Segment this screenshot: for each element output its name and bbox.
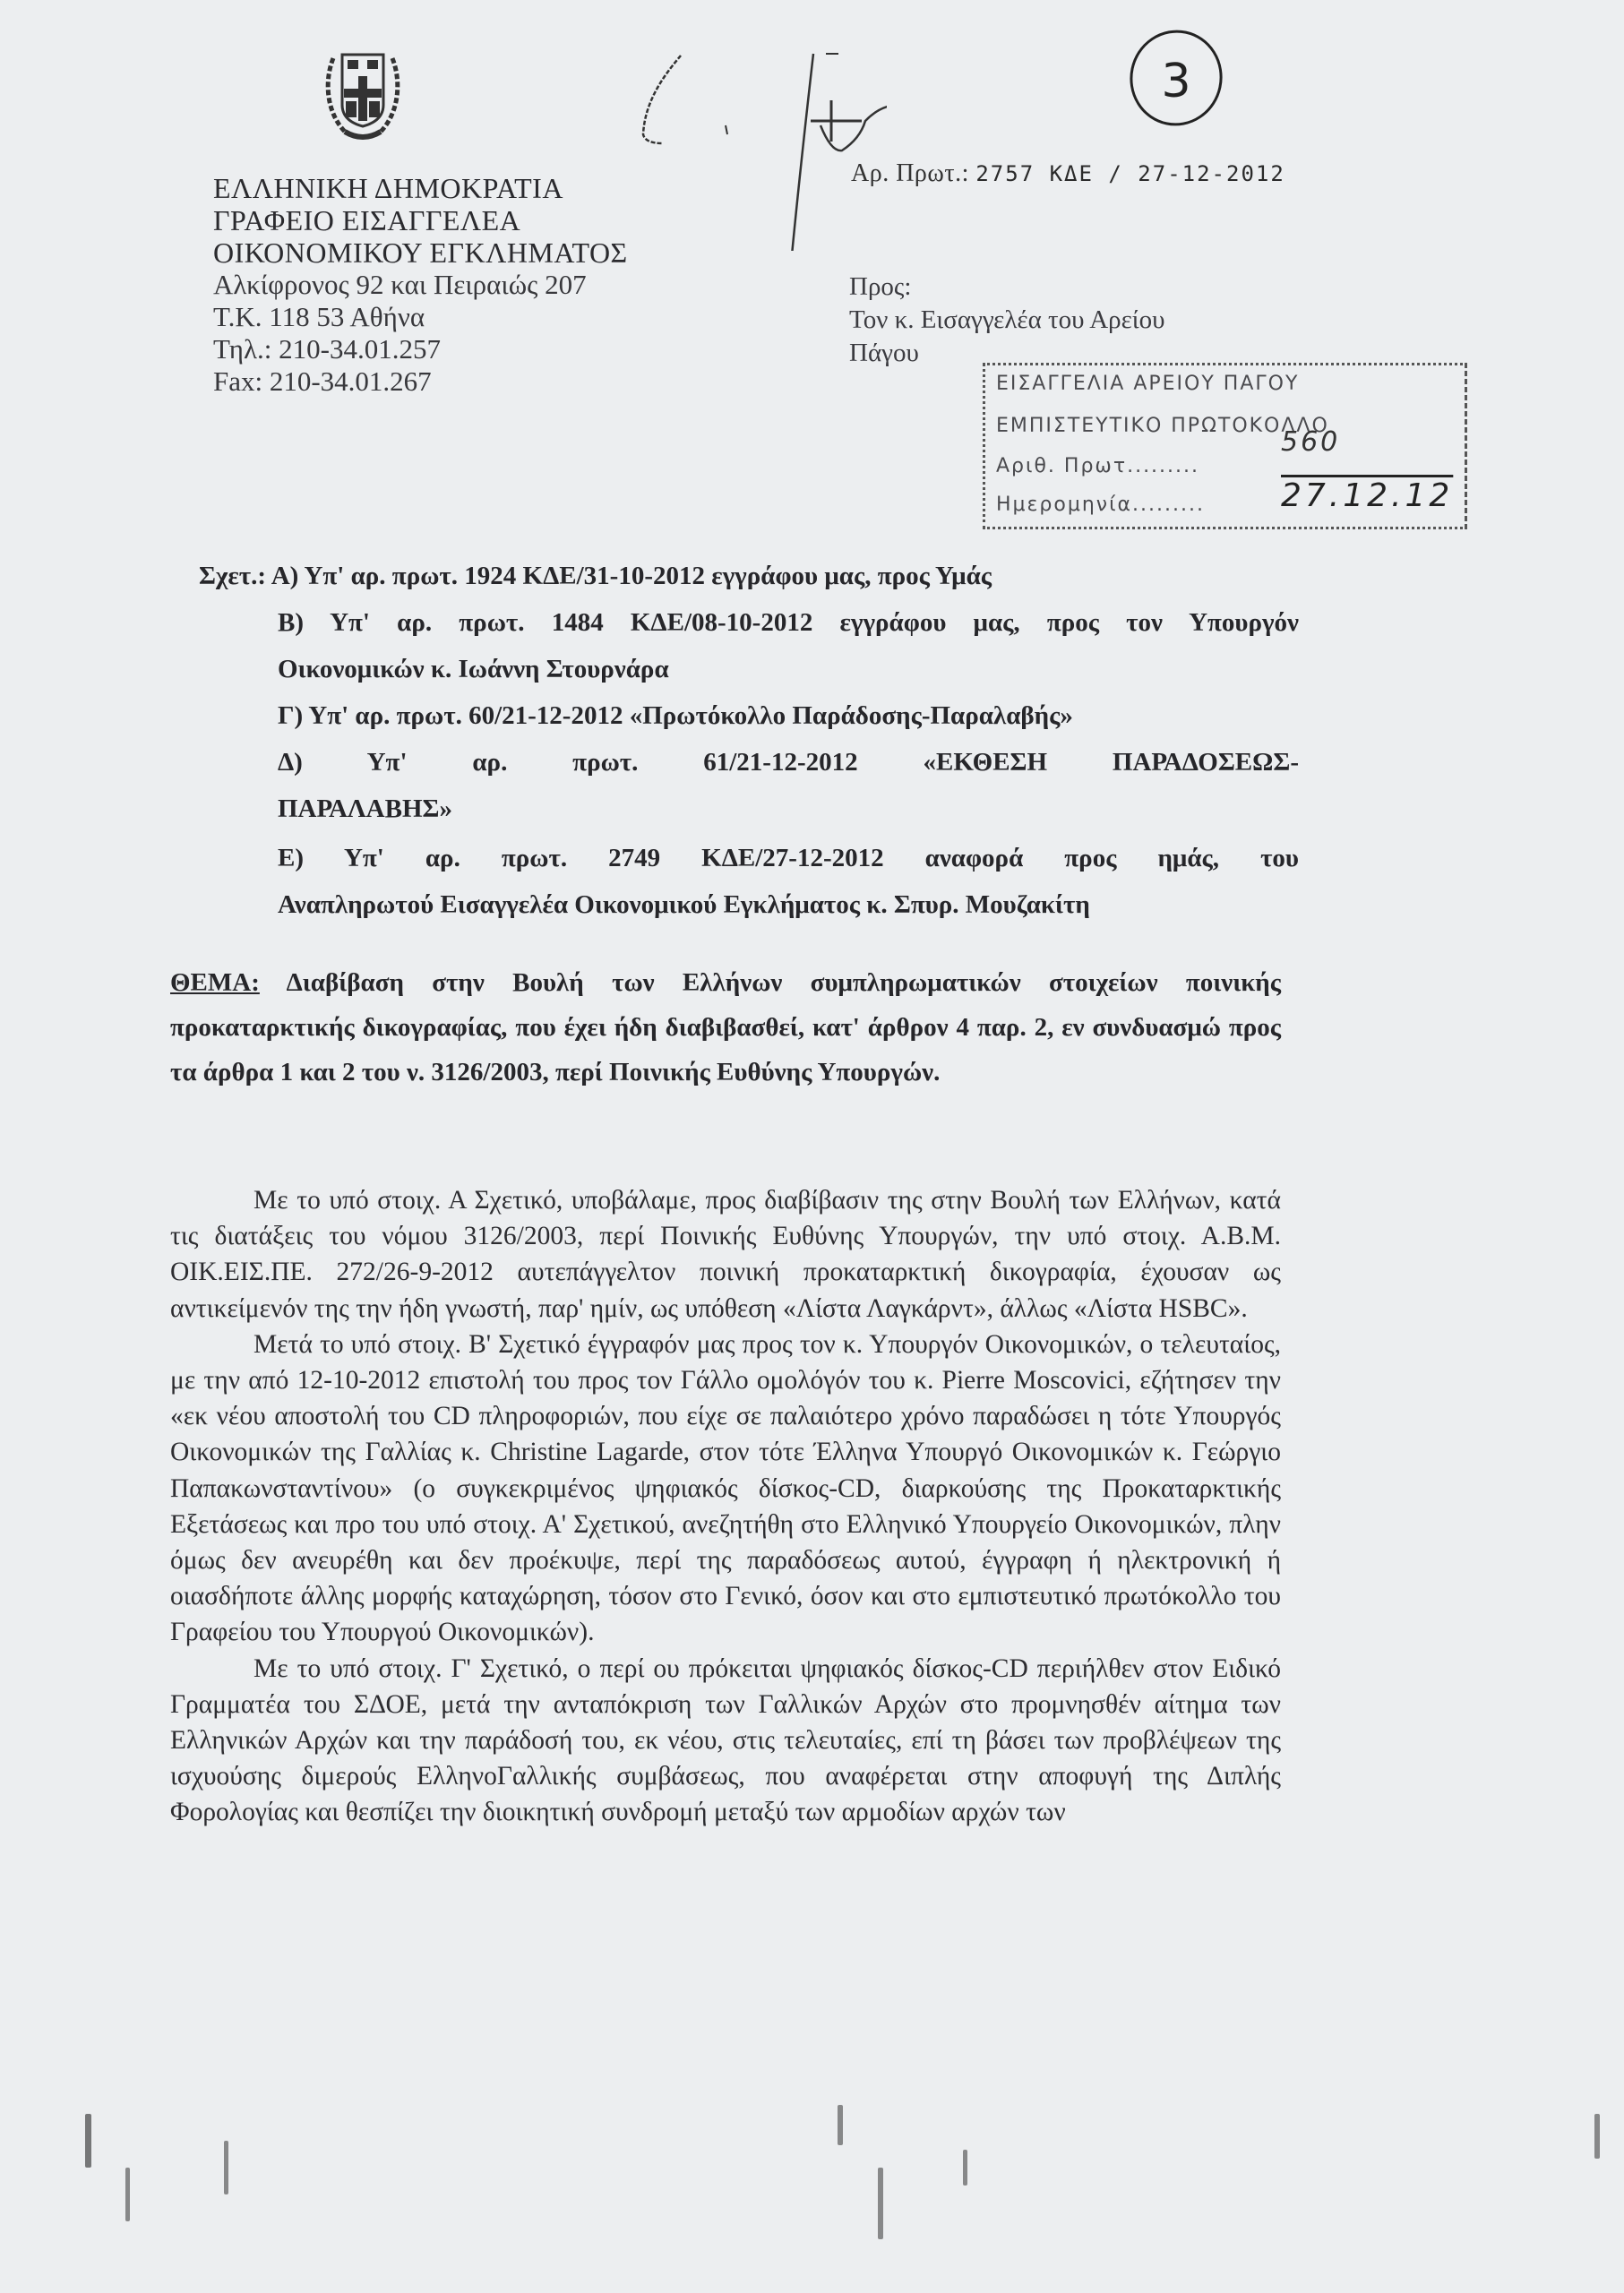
reference-item: Ε) Υπ' αρ. πρωτ. 2749 ΚΔΕ/27-12-2012 ανα… (278, 844, 1299, 873)
body-paragraph: Με το υπό στοιχ. Α Σχετικό, υποβάλαμε, π… (170, 1182, 1281, 1327)
stamp-row-2: ΕΜΠΙΣΤΕΥΤΙΚΟ ΠΡΩΤΟΚΟΛΛΟ (996, 415, 1329, 437)
protocol-label: Αρ. Πρωτ.: (851, 159, 969, 187)
letterhead-postal: Τ.Κ. 118 53 Αθήνα (213, 301, 628, 333)
handwritten-signature-icon (618, 36, 887, 251)
letterhead-fax: Fax: 210-34.01.267 (213, 365, 628, 398)
subject-text: Διαβίβαση στην Βουλή των Ελλήνων συμπληρ… (170, 968, 1281, 1086)
letterhead: ΕΛΛΗΝΙΚΗ ΔΗΜΟΚΡΑΤΙΑ ΓΡΑΦΕΙΟ ΕΙΣΑΓΓΕΛΕΑ Ο… (213, 172, 628, 398)
reference-item: Γ) Υπ' αρ. πρωτ. 60/21-12-2012 «Πρωτόκολ… (278, 701, 1073, 731)
reference-item: Β) Υπ' αρ. πρωτ. 1484 ΚΔΕ/08-10-2012 εγγ… (278, 608, 1299, 638)
scan-artifact (125, 2168, 130, 2221)
letterhead-country: ΕΛΛΗΝΙΚΗ ΔΗΜΟΚΡΑΤΙΑ (213, 172, 628, 204)
scanned-document-page: ΕΛΛΗΝΙΚΗ ΔΗΜΟΚΡΑΤΙΑ ΓΡΑΦΕΙΟ ΕΙΣΑΓΓΕΛΕΑ Ο… (0, 0, 1624, 2293)
recipient-block: Προς: Τον κ. Εισαγγελέα του Αρείου Πάγου (849, 271, 1164, 370)
subject-block: ΘΕΜΑ: Διαβίβαση στην Βουλή των Ελλήνων σ… (170, 960, 1281, 1095)
reference-item: Οικονομικών κ. Ιωάννη Στουρνάρα (278, 655, 669, 684)
greek-coat-of-arms-icon (322, 49, 403, 143)
stamp-row-4: Ημερομηνία......... (996, 494, 1205, 516)
scan-artifact (838, 2105, 843, 2145)
body-paragraph: Με το υπό στοιχ. Γ' Σχετικό, ο περί ου π… (170, 1651, 1281, 1831)
reference-item: Αναπληρωτού Εισαγγελέα Οικονομικού Εγκλή… (278, 890, 1090, 920)
protocol-value: 2757 ΚΔΕ / 27-12-2012 (975, 161, 1285, 186)
subject-label: ΘΕΜΑ: (170, 968, 260, 997)
scan-artifact (1594, 2114, 1600, 2159)
recipient-label: Προς: (849, 271, 1164, 304)
letter-body: Με το υπό στοιχ. Α Σχετικό, υποβάλαμε, π… (170, 1182, 1281, 1831)
reference-item: ΠΑΡΑΛΑΒΗΣ» (278, 794, 452, 824)
scan-artifact (224, 2141, 228, 2194)
received-stamp: ΕΙΣΑΓΓΕΛΙΑ ΑΡΕΙΟΥ ΠΑΓΟΥ ΕΜΠΙΣΤΕΥΤΙΚΟ ΠΡΩ… (983, 363, 1467, 529)
protocol-number: Αρ. Πρωτ.: 2757 ΚΔΕ / 27-12-2012 (851, 159, 1285, 188)
stamp-row-1: ΕΙΣΑΓΓΕΛΙΑ ΑΡΕΙΟΥ ΠΑΓΟΥ (996, 373, 1299, 395)
reference-item: Δ) Υπ' αρ. πρωτ. 61/21-12-2012 «ΕΚΘΕΣΗ Π… (278, 748, 1299, 777)
scan-artifact (878, 2168, 883, 2239)
stamp-row-3: Αριθ. Πρωτ......... (996, 455, 1199, 477)
letterhead-office-sub: ΟΙΚΟΝΟΜΙΚΟΥ ΕΓΚΛΗΜΑΤΟΣ (213, 236, 628, 269)
svg-text:3: 3 (1161, 55, 1190, 108)
stamp-handwritten-number: 560 (1281, 426, 1340, 458)
scan-artifact (85, 2114, 91, 2168)
letterhead-address: Αλκίφρονος 92 και Πειραιώς 207 (213, 269, 628, 301)
references-label: Σχετ.: (199, 562, 266, 590)
letterhead-phone: Τηλ.: 210-34.01.257 (213, 333, 628, 365)
body-paragraph: Μετά το υπό στοιχ. Β' Σχετικό έγγραφόν μ… (170, 1327, 1281, 1651)
circled-page-number: 3 (1127, 27, 1225, 130)
letterhead-office: ΓΡΑΦΕΙΟ ΕΙΣΑΓΓΕΛΕΑ (213, 204, 628, 236)
reference-item: Α) Υπ' αρ. πρωτ. 1924 ΚΔΕ/31-10-2012 εγγ… (271, 562, 992, 590)
recipient-line-1: Τον κ. Εισαγγελέα του Αρείου (849, 304, 1164, 337)
stamp-handwritten-date: 27.12.12 (1281, 477, 1453, 514)
scan-artifact (963, 2150, 967, 2186)
